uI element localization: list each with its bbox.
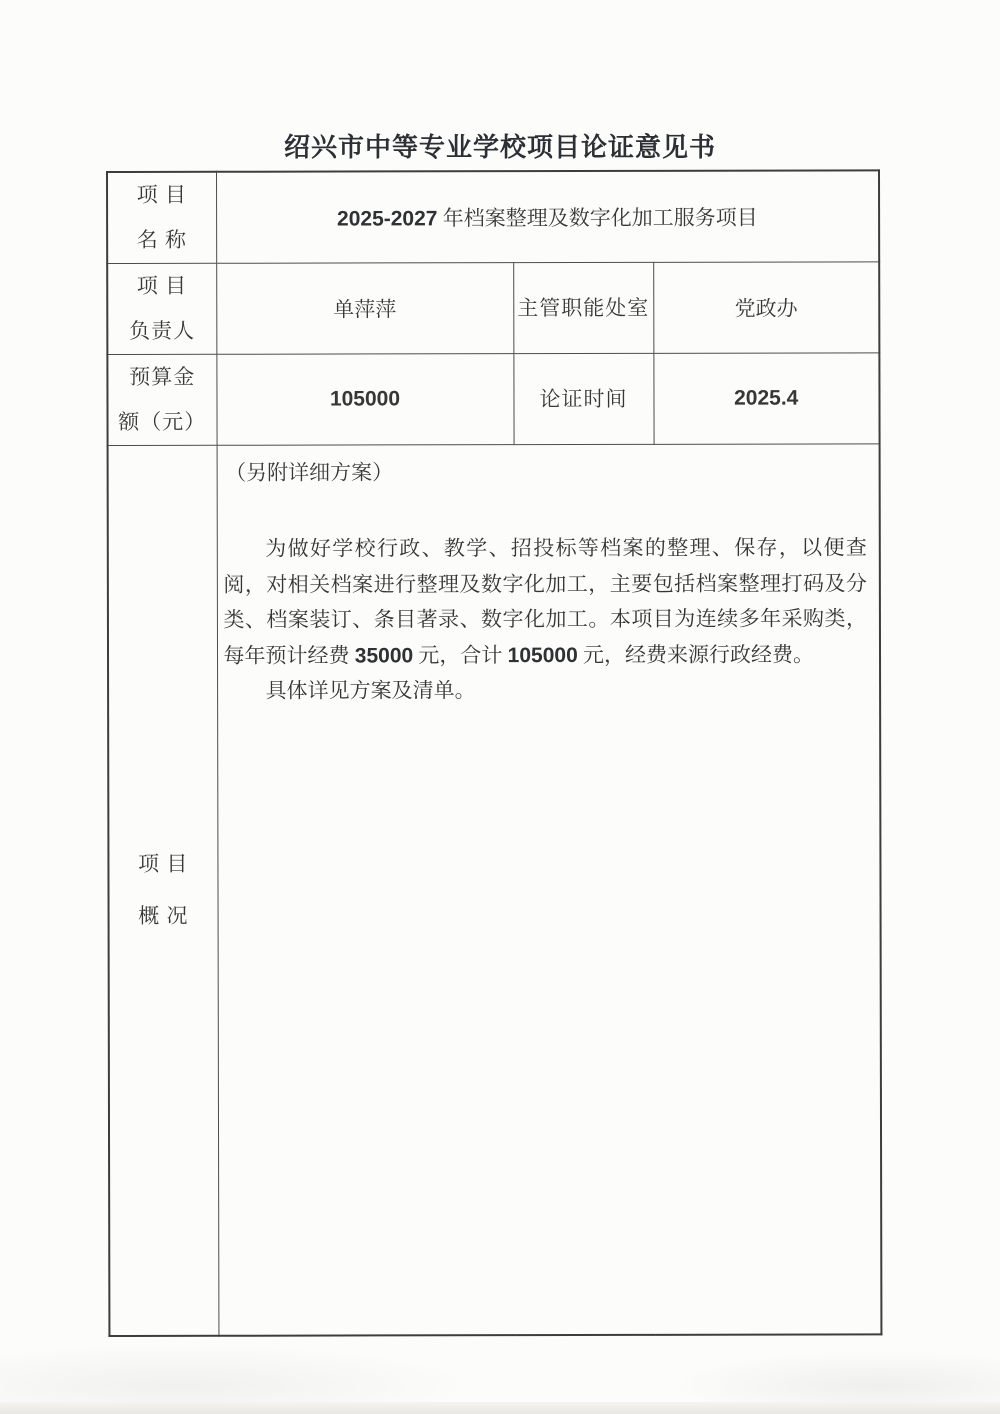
supervising-office-value: 党政办 — [653, 262, 879, 353]
project-leader-value: 单萍萍 — [216, 263, 513, 355]
row-project-leader: 项 目 负责人 单萍萍 主管职能处室 党政办 — [107, 262, 879, 355]
overview-paragraph-2: 具体详见方案及清单。 — [224, 672, 868, 709]
overview-total-budget-number: 105000 — [508, 644, 578, 667]
scanned-document-page: 绍兴市中等专业学校项目论证意见书 项 目 名 称 2025-2027 年档案整理… — [0, 0, 1000, 1414]
overview-paragraph-1: 为做好学校行政、教学、招投标等档案的整理、保存，以便查阅，对相关档案进行整理及数… — [223, 530, 867, 673]
review-time-value: 2025.4 — [653, 353, 879, 444]
project-name-value-cell: 2025-2027 年档案整理及数字化加工服务项目 — [216, 170, 879, 263]
scan-edge-artifact — [0, 1402, 1000, 1414]
project-review-form-table: 项 目 名 称 2025-2027 年档案整理及数字化加工服务项目 项 目 负责… — [106, 169, 882, 1336]
row-project-overview: 项 目 概 况 （另附详细方案） 为做好学校行政、教学、招投标等档案的整理、保存… — [108, 444, 882, 1336]
project-name-text: 年档案整理及数字化加工服务项目 — [437, 206, 757, 231]
overview-paragraph-1-text-b: 元，合计 — [413, 643, 508, 667]
project-overview-label: 项 目 概 况 — [108, 445, 219, 1335]
project-leader-label: 项 目 负责人 — [107, 263, 216, 354]
document-title: 绍兴市中等专业学校项目论证意见书 — [0, 127, 1000, 164]
budget-amount-label: 预算金 额（元） — [107, 354, 216, 445]
row-budget: 预算金 额（元） 105000 论证时间 2025.4 — [107, 353, 879, 446]
budget-amount-value: 105000 — [216, 354, 513, 446]
project-overview-content: （另附详细方案） 为做好学校行政、教学、招投标等档案的整理、保存，以便查阅，对相… — [217, 444, 882, 1335]
attached-plan-note: （另附详细方案） — [225, 456, 867, 487]
project-name-years: 2025-2027 — [337, 207, 437, 230]
row-project-name: 项 目 名 称 2025-2027 年档案整理及数字化加工服务项目 — [107, 170, 879, 263]
project-name-label: 项 目 名 称 — [107, 172, 216, 264]
review-time-label: 论证时间 — [513, 353, 653, 444]
overview-paragraph-1-text-c: 元，经费来源行政经费。 — [578, 642, 814, 666]
overview-annual-budget-number: 35000 — [355, 644, 413, 667]
supervising-office-label: 主管职能处室 — [513, 262, 653, 353]
